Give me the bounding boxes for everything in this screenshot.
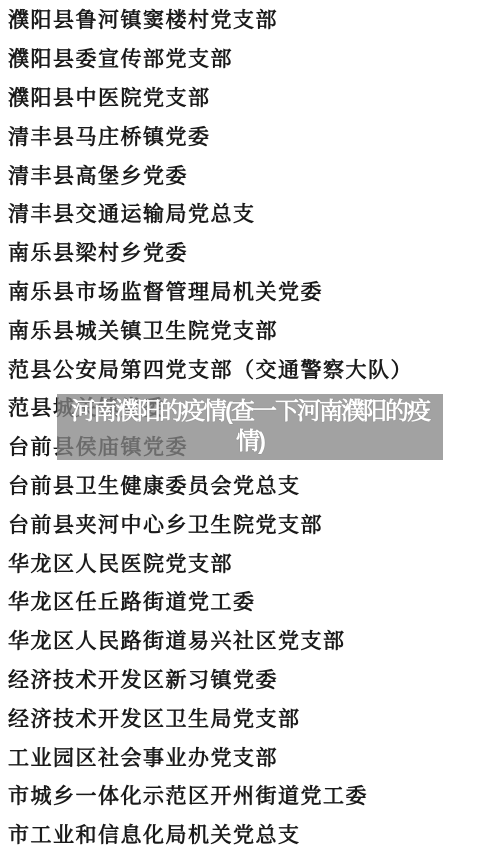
list-item: 范县公安局第四党支部（交通警察大队） xyxy=(8,349,500,388)
list-item: 南乐县市场监督管理局机关党委 xyxy=(8,272,500,311)
list-item: 南乐县梁村乡党委 xyxy=(8,233,500,272)
list-item: 经济技术开发区新习镇党委 xyxy=(8,660,500,699)
list-item: 台前县卫生健康委员会党总支 xyxy=(8,466,500,505)
list-item: 南乐县城关镇卫生院党支部 xyxy=(8,310,500,349)
list-item: 濮阳县中医院党支部 xyxy=(8,78,500,117)
list-item: 濮阳县鲁河镇窦楼村党支部 xyxy=(8,0,500,39)
list-item: 市城乡一体化示范区开州街道党工委 xyxy=(8,776,500,815)
list-item: 华龙区人民医院党支部 xyxy=(8,543,500,582)
list-item: 台前县夹河中心乡卫生院党支部 xyxy=(8,504,500,543)
list-item: 清丰县高堡乡党委 xyxy=(8,155,500,194)
list-item: 经济技术开发区卫生局党支部 xyxy=(8,698,500,737)
article-title-banner: 河南濮阳的疫情(查一下河南濮阳的疫情) xyxy=(57,394,443,460)
list-item: 华龙区人民路街道易兴社区党支部 xyxy=(8,621,500,660)
list-item: 清丰县交通运输局党总支 xyxy=(8,194,500,233)
article-title: 河南濮阳的疫情(查一下河南濮阳的疫情) xyxy=(62,397,438,457)
list-item: 工业园区社会事业办党支部 xyxy=(8,737,500,776)
list-item: 华龙区任丘路街道党工委 xyxy=(8,582,500,621)
list-item: 清丰县马庄桥镇党委 xyxy=(8,116,500,155)
list-item: 濮阳县委宣传部党支部 xyxy=(8,39,500,78)
list-item: 市工业和信息化局机关党总支 xyxy=(8,815,500,854)
document-page: 濮阳县鲁河镇窦楼村党支部濮阳县委宣传部党支部濮阳县中医院党支部清丰县马庄桥镇党委… xyxy=(0,0,500,855)
